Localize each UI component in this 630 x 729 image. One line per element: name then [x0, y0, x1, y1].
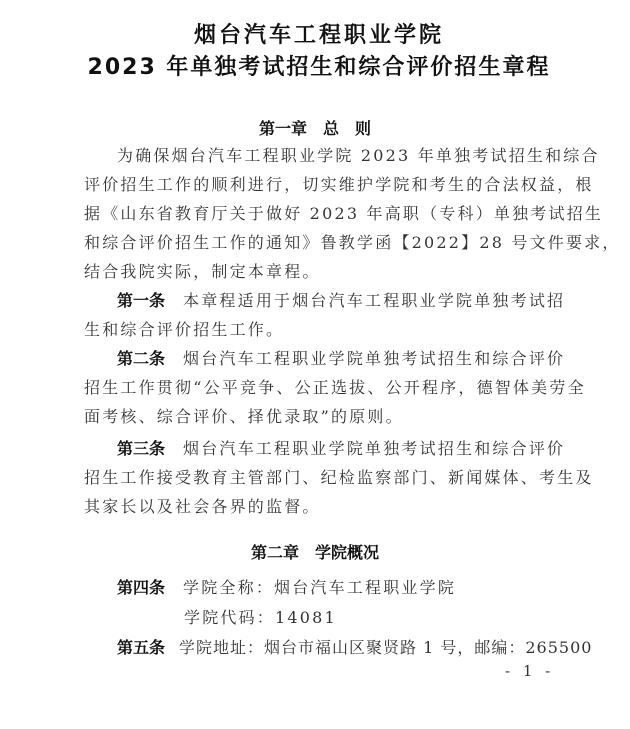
- page-number: - 1 -: [505, 662, 554, 680]
- chapter-1-heading: 第一章 总 则: [0, 116, 630, 139]
- article-text: 本章程适用于烟台汽车工程职业学院单独考试招: [183, 291, 565, 310]
- paragraph-line: 生和综合评价招生工作。: [84, 320, 554, 340]
- paragraph-line: 面考核、综合评价、择优录取”的原则。: [84, 407, 554, 427]
- article-text: 学院地址：烟台市福山区聚贤路 1 号，邮编：265500: [179, 638, 592, 657]
- paragraph-line: 据《山东省教育厅关于做好 2023 年高职（专科）单独考试招生: [84, 204, 554, 224]
- article-label: 第五条: [117, 638, 165, 657]
- school-name-title: 烟台汽车工程职业学院: [4, 18, 630, 49]
- paragraph-line: 招生工作贯彻“公平竞争、公正选拔、公开程序，德智体美劳全: [84, 378, 554, 398]
- document-title: 2023 年单独考试招生和综合评价招生章程: [4, 50, 630, 81]
- article-1: 第一条本章程适用于烟台汽车工程职业学院单独考试招: [117, 291, 554, 311]
- article-label: 第三条: [117, 439, 165, 458]
- article-label: 第二条: [117, 349, 165, 368]
- article-text: 烟台汽车工程职业学院单独考试招生和综合评价: [183, 439, 565, 458]
- chapter-2-heading: 第二章 学院概况: [0, 540, 630, 563]
- paragraph-line: 结合我院实际，制定本章程。: [84, 262, 554, 282]
- article-3: 第三条烟台汽车工程职业学院单独考试招生和综合评价: [117, 439, 554, 459]
- article-4: 第四条学院全称：烟台汽车工程职业学院: [117, 578, 554, 598]
- article-2: 第二条烟台汽车工程职业学院单独考试招生和综合评价: [117, 349, 554, 369]
- paragraph-line: 评价招生工作的顺利进行，切实维护学院和考生的合法权益，根: [84, 175, 554, 195]
- paragraph-line: 为确保烟台汽车工程职业学院 2023 年单独考试招生和综合: [117, 146, 554, 166]
- paragraph-line: 其家长以及社会各界的监督。: [84, 497, 554, 517]
- paragraph-line: 和综合评价招生工作的通知》鲁教学函【2022】28 号文件要求，: [84, 233, 554, 253]
- article-5: 第五条学院地址：烟台市福山区聚贤路 1 号，邮编：265500: [117, 638, 554, 658]
- paragraph-line: 学院代码：14081: [184, 608, 630, 628]
- article-text: 烟台汽车工程职业学院单独考试招生和综合评价: [183, 349, 565, 368]
- article-label: 第一条: [117, 291, 165, 310]
- article-label: 第四条: [117, 578, 165, 597]
- article-text: 学院全称：烟台汽车工程职业学院: [183, 578, 456, 597]
- paragraph-line: 招生工作接受教育主管部门、纪检监察部门、新闻媒体、考生及: [84, 468, 554, 488]
